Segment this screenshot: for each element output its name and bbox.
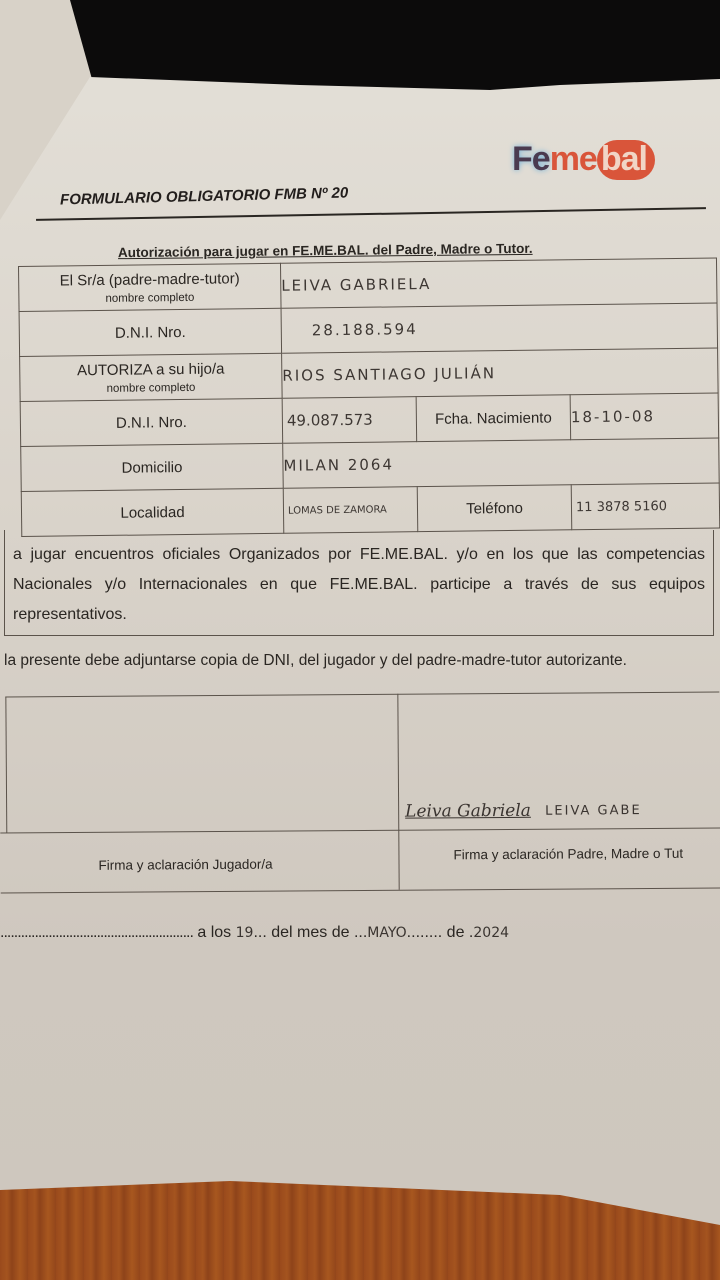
address-label: Domicilio	[21, 443, 284, 491]
child-name-label: AUTORIZA a su hijo/a nombre completo	[20, 353, 283, 401]
divider	[397, 694, 400, 890]
logo-bal: bal	[597, 140, 655, 180]
parent-dni-field[interactable]: 28.188.594	[281, 303, 718, 353]
table-row: Localidad LOMAS DE ZAMORA Teléfono 11 38…	[21, 483, 720, 537]
parent-dni-label: D.N.I. Nro.	[19, 308, 282, 356]
parent-signature-label: Firma y aclaración Padre, Madre o Tut	[453, 846, 683, 863]
date-line: ........................................…	[0, 924, 509, 942]
birthdate-field[interactable]: 18-10-08	[570, 393, 719, 440]
divider	[5, 691, 719, 697]
divider	[0, 827, 720, 833]
year-field[interactable]: 2024	[473, 925, 509, 941]
child-name-field[interactable]: RIOS SANTIAGO JULIÁN	[282, 348, 719, 398]
birthdate-label: Fcha. Nacimiento	[416, 395, 571, 442]
date-text: ...	[253, 924, 266, 941]
phone-field[interactable]: 11 3878 5160	[571, 483, 720, 530]
attachment-note: la presente debe adjuntarse copia de DNI…	[4, 652, 627, 670]
parent-name-label: El Sr/a (padre-madre-tutor) nombre compl…	[19, 263, 282, 311]
child-dni-field[interactable]: 49.087.573	[282, 397, 417, 444]
address-field[interactable]: MILAN 2064	[283, 438, 720, 488]
date-text: del mes de ...	[267, 924, 368, 941]
date-text: ........	[407, 924, 443, 941]
femebal-logo: Femebal	[512, 140, 655, 180]
divider	[5, 696, 7, 832]
parent-name-field[interactable]: LEIVA GABRIELA	[280, 258, 717, 308]
date-text: de .	[442, 924, 473, 941]
child-dni-label: D.N.I. Nro.	[20, 398, 283, 446]
day-field[interactable]: 19	[236, 925, 254, 941]
authorization-table: El Sr/a (padre-madre-tutor) nombre compl…	[18, 257, 719, 537]
parent-signature[interactable]: Leiva Gabriela	[405, 801, 531, 822]
parent-clarification[interactable]: LEIVA GABE	[545, 803, 642, 819]
locality-field[interactable]: LOMAS DE ZAMORA	[283, 487, 418, 534]
player-signature-label: Firma y aclaración Jugador/a	[98, 857, 272, 873]
phone-label: Teléfono	[417, 485, 572, 532]
place-field[interactable]: ........................................…	[0, 924, 193, 941]
logo-me: me	[550, 140, 597, 178]
month-field[interactable]: MAYO	[367, 925, 406, 941]
authorization-clause: a jugar encuentros oficiales Organizados…	[4, 530, 714, 636]
logo-fe: Fe	[512, 140, 550, 178]
signature-section: Leiva Gabriela LEIVA GABE Firma y aclara…	[0, 687, 720, 892]
form-paper	[0, 55, 720, 1235]
date-text: a los	[193, 924, 236, 941]
